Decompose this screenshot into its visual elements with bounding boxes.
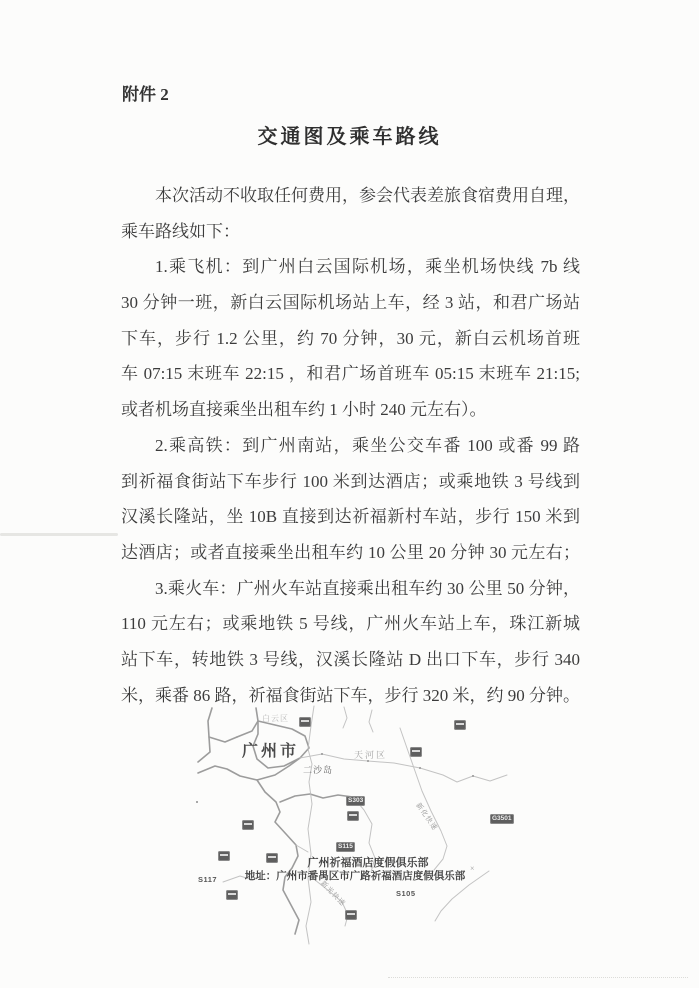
document-page: 附件 2 交通图及乘车路线 本次活动不收取任何费用，参会代表差旅食宿费用自理，乘… xyxy=(0,0,699,988)
text-line: 汉溪长隆站，坐 10B 直接到达祈福新村车站，步行 150 米到 xyxy=(121,499,580,535)
road-shield-badge xyxy=(242,820,254,830)
text-line: 30 分钟一班，新白云国际机场站上车，经 3 站，和君广场站 xyxy=(121,285,580,321)
road-shield-badge xyxy=(454,720,466,730)
road-code-text: S117 xyxy=(198,876,217,884)
traffic-map: 白云区 广州市 二沙岛 天河区 新化快速 新光快速 广州祈福酒店度假俱乐部 地址… xyxy=(196,704,520,954)
club-name: 广州祈福酒店度假俱乐部 xyxy=(248,857,488,870)
text-line: 下车，步行 1.2 公里，约 70 分钟，30 元，新白云机场首班 xyxy=(121,321,580,357)
body-text: 本次活动不收取任何费用，参会代表差旅食宿费用自理，乘车路线如下：1.乘飞机：到广… xyxy=(121,178,580,713)
text-line: 1.乘飞机：到广州白云国际机场，乘坐机场快线 7b 线（每 xyxy=(121,249,580,285)
text-line: 车 07:15 末班车 22:15 ，和君广场首班车 05:15 末班车 21:… xyxy=(121,356,580,392)
road-shield-badge xyxy=(347,811,359,821)
road-shield-badge xyxy=(345,910,357,920)
club-address: 地址：广州市番禺区市广路祈福酒店度假俱乐部 xyxy=(222,870,488,883)
scan-smudge-left xyxy=(0,533,118,536)
text-line: 3.乘火车：广州火车站直接乘出租车约 30 公里 50 分钟， xyxy=(121,571,580,607)
attachment-label: 附件 2 xyxy=(122,80,169,105)
text-line: 乘车路线如下： xyxy=(121,214,580,250)
scan-smudge-bottom xyxy=(388,977,688,978)
road-shield-badge xyxy=(226,890,238,900)
map-city-label: 广州市 xyxy=(242,744,299,760)
map-island-label: 二沙岛 xyxy=(303,766,333,775)
text-line: 达酒店；或者直接乘坐出租车约 10 公里 20 分钟 30 元左右； xyxy=(121,535,580,571)
road-shield-badge xyxy=(218,851,230,861)
club-callout: 广州祈福酒店度假俱乐部 地址：广州市番禺区市广路祈福酒店度假俱乐部 xyxy=(248,857,488,883)
text-line: 2.乘高铁：到广州南站，乘坐公交车番 100 或番 99 路 xyxy=(121,428,580,464)
text-line: 110 元左右；或乘地铁 5 号线，广州火车站上车，珠江新城 xyxy=(121,606,580,642)
road-shield-badge xyxy=(410,747,422,757)
road-code-text: S105 xyxy=(396,890,416,898)
text-line: 本次活动不收取任何费用，参会代表差旅食宿费用自理， xyxy=(121,178,580,214)
road-shield-badge xyxy=(266,853,278,863)
road-shield-badge xyxy=(299,717,311,727)
text-line: 或者机场直接乘坐出租车约 1 小时 240 元左右）。 xyxy=(121,392,580,428)
road-shield-badge: G3501 xyxy=(490,814,514,824)
map-x-mark: × xyxy=(470,864,475,873)
map-district-label-faint: 白云区 xyxy=(262,715,289,723)
text-line: 站下车，转地铁 3 号线，汉溪长隆站 D 出口下车，步行 340 xyxy=(121,642,580,678)
text-line: 到祈福食街站下车步行 100 米到达酒店；或乘地铁 3 号线到 xyxy=(121,464,580,500)
map-district-label: 天河区 xyxy=(354,751,387,760)
page-title: 交通图及乘车路线 xyxy=(0,120,699,149)
road-shield-badge: S115 xyxy=(336,842,355,852)
road-shield-badge: S303 xyxy=(346,796,365,806)
